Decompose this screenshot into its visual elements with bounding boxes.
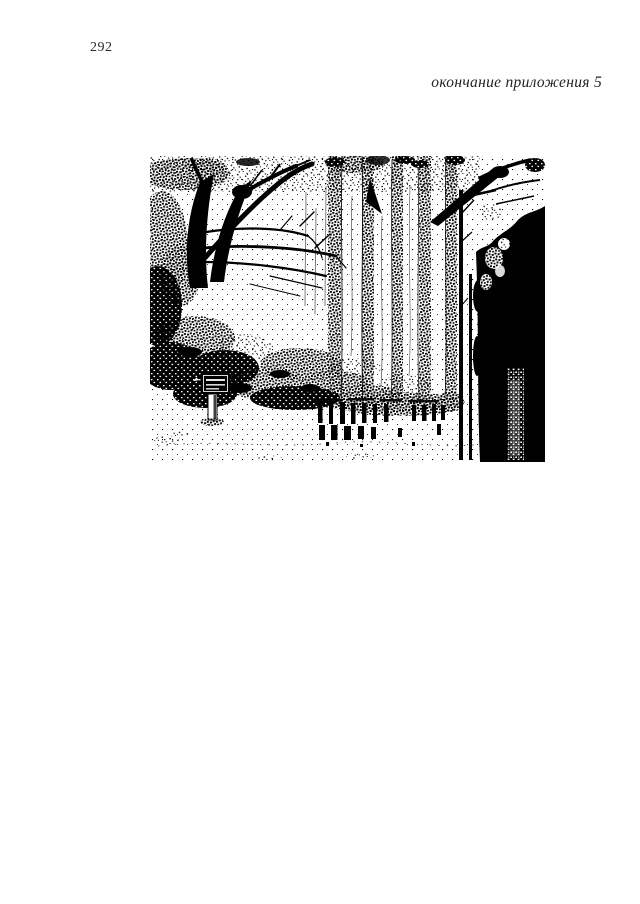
forest-photograph: [150, 156, 545, 462]
page-number: 292: [90, 40, 113, 56]
appendix-continuation-header: окончание приложения 5: [431, 74, 602, 92]
forest-photograph-canvas: [150, 156, 545, 462]
